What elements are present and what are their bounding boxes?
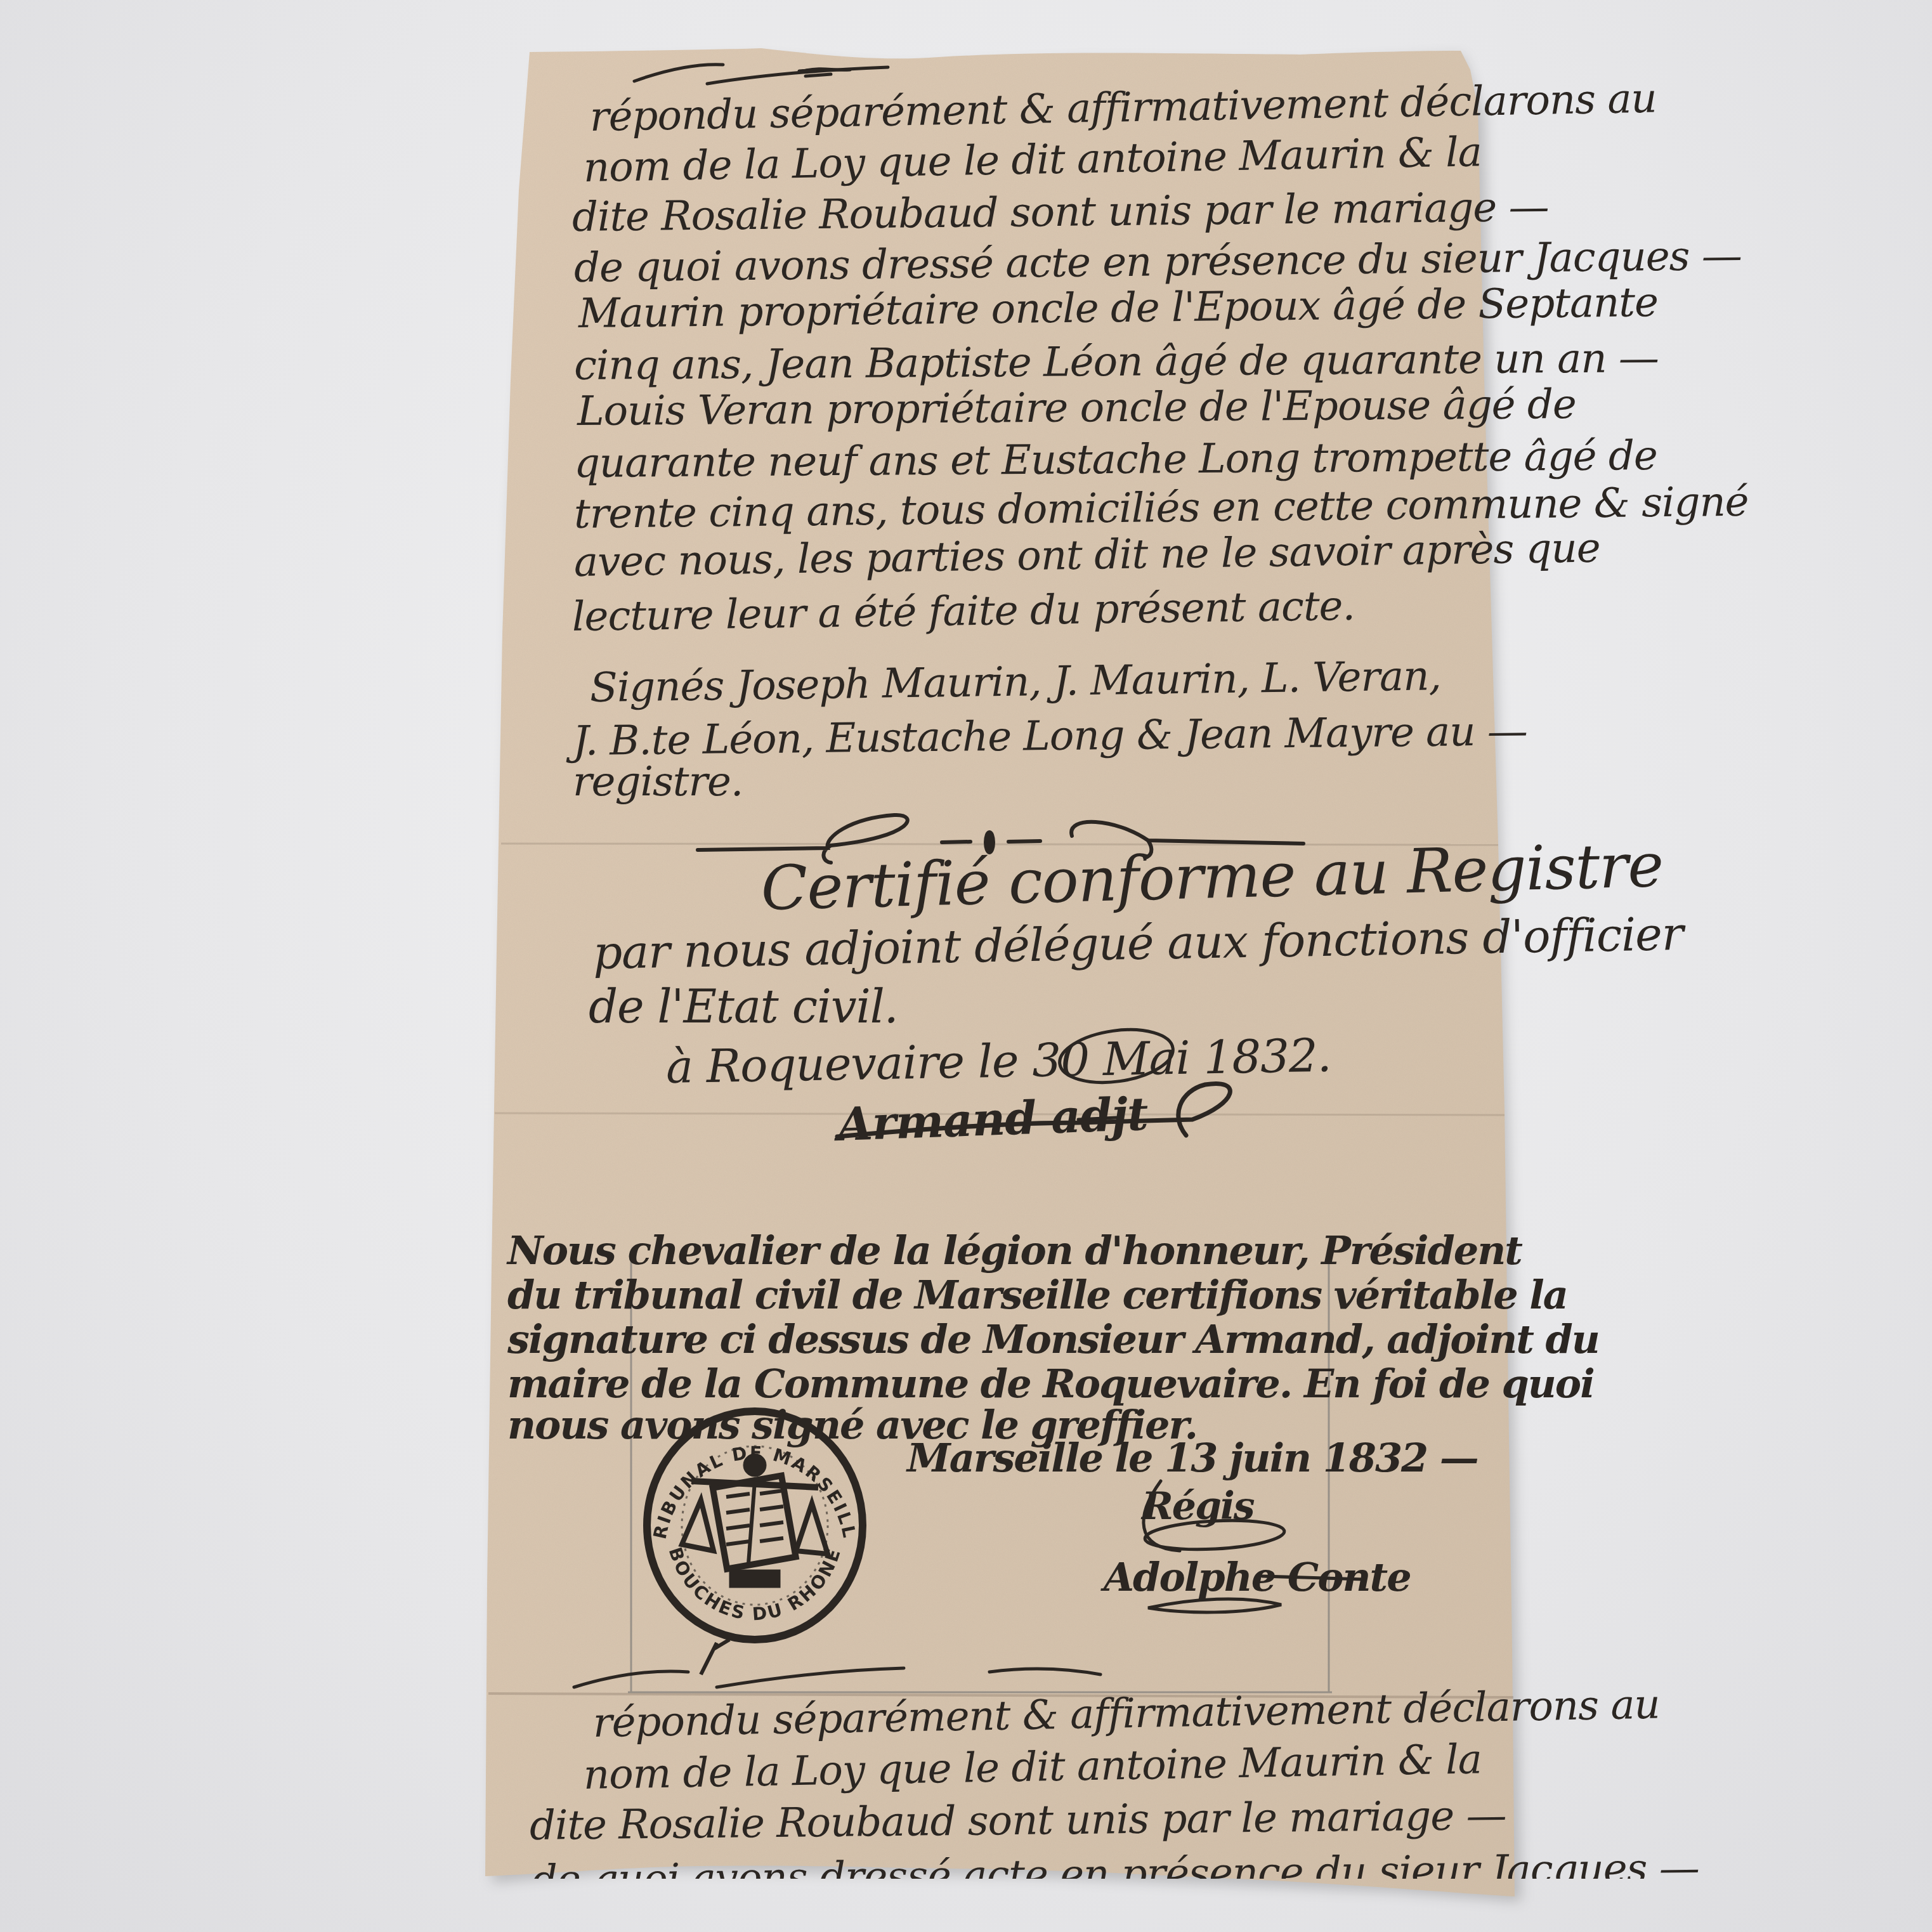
text-line: répondu séparément & affirmativement déc… — [592, 1681, 1660, 1747]
text-line: nom de la Loy que le dit antoine Maurin … — [583, 1736, 1482, 1799]
marriage-record-bottom-repeat: répondu séparément & affirmativement déc… — [0, 0, 1932, 1879]
text-line: de quoi avons dressé acte en présence du… — [532, 1845, 1700, 1879]
text-line: dite Rosalie Roubaud sont unis par le ma… — [530, 1792, 1506, 1850]
photo-scene: TRIBUNAL DE MARSEILLE BOUCHES DU RHONE — [0, 0, 1932, 1932]
